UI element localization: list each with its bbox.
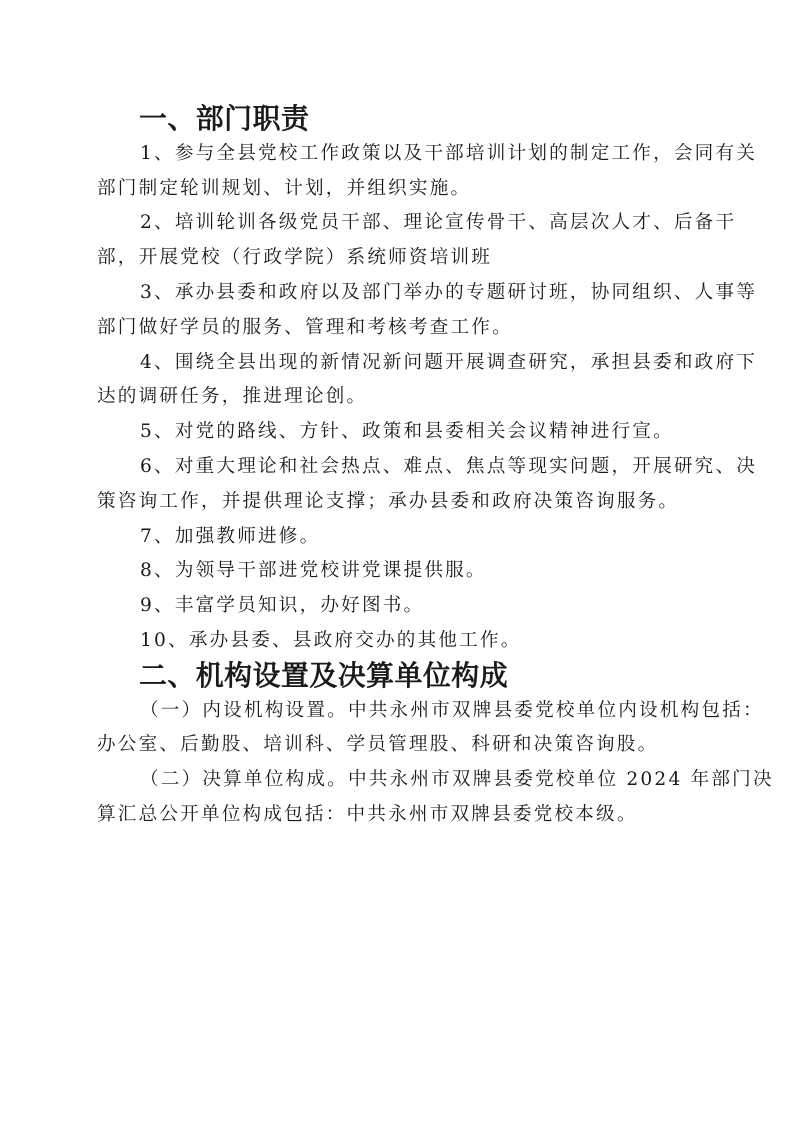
paragraph-line: 6、对重大理论和社会热点、难点、焦点等现实问题，开展研究、决	[97, 450, 699, 485]
paragraph-line: 3、承办县委和政府以及部门举办的专题研讨班，协同组织、人事等	[97, 276, 699, 311]
paragraph-line: 部，开展党校（行政学院）系统师资培训班	[97, 241, 699, 276]
paragraph-line: （二）决算单位构成。中共永州市双牌县委党校单位 2024 年部门决	[97, 763, 699, 798]
paragraph-line: 办公室、后勤股、培训科、学员管理股、科研和决策咨询股。	[97, 728, 699, 763]
duty-item-9: 9、丰富学员知识，办好图书。	[97, 589, 699, 624]
paragraph-line: 部门做好学员的服务、管理和考核考查工作。	[97, 311, 699, 346]
duty-item-3: 3、承办县委和政府以及部门举办的专题研讨班，协同组织、人事等 部门做好学员的服务…	[97, 276, 699, 346]
paragraph-line: 5、对党的路线、方针、政策和县委相关会议精神进行宣。	[97, 415, 699, 450]
duty-item-1: 1、参与全县党校工作政策以及干部培训计划的制定工作，会同有关 部门制定轮训规划、…	[97, 137, 699, 207]
paragraph-line: 4、围绕全县出现的新情况新问题开展调查研究，承担县委和政府下	[97, 346, 699, 381]
paragraph-line: 部门制定轮训规划、计划，并组织实施。	[97, 172, 699, 207]
paragraph-line: 10、承办县委、县政府交办的其他工作。	[97, 624, 699, 659]
duty-item-8: 8、为领导干部进党校讲党课提供服。	[97, 554, 699, 589]
accounting-unit-paragraph: （二）决算单位构成。中共永州市双牌县委党校单位 2024 年部门决 算汇总公开单…	[97, 763, 699, 833]
internal-structure-paragraph: （一）内设机构设置。中共永州市双牌县委党校单位内设机构包括： 办公室、后勤股、培…	[97, 694, 699, 764]
paragraph-line: 算汇总公开单位构成包括：中共永州市双牌县委党校本级。	[97, 798, 699, 833]
duty-item-6: 6、对重大理论和社会热点、难点、焦点等现实问题，开展研究、决 策咨询工作，并提供…	[97, 450, 699, 520]
duty-item-2: 2、培训轮训各级党员干部、理论宣传骨干、高层次人才、后备干 部，开展党校（行政学…	[97, 206, 699, 276]
paragraph-line: （一）内设机构设置。中共永州市双牌县委党校单位内设机构包括：	[97, 694, 699, 729]
paragraph-line: 1、参与全县党校工作政策以及干部培训计划的制定工作，会同有关	[97, 137, 699, 172]
paragraph-line: 达的调研任务，推进理论创。	[97, 380, 699, 415]
paragraph-line: 8、为领导干部进党校讲党课提供服。	[97, 554, 699, 589]
document-page: 一、部门职责 1、参与全县党校工作政策以及干部培训计划的制定工作，会同有关 部门…	[97, 102, 699, 833]
paragraph-line: 2、培训轮训各级党员干部、理论宣传骨干、高层次人才、后备干	[97, 206, 699, 241]
section-heading-structure: 二、机构设置及决算单位构成	[97, 659, 699, 694]
paragraph-line: 7、加强教师进修。	[97, 520, 699, 555]
duty-item-7: 7、加强教师进修。	[97, 520, 699, 555]
duty-item-5: 5、对党的路线、方针、政策和县委相关会议精神进行宣。	[97, 415, 699, 450]
paragraph-line: 策咨询工作，并提供理论支撑；承办县委和政府决策咨询服务。	[97, 485, 699, 520]
section-heading-duties: 一、部门职责	[97, 102, 699, 137]
duty-item-4: 4、围绕全县出现的新情况新问题开展调查研究，承担县委和政府下 达的调研任务，推进…	[97, 346, 699, 416]
duty-item-10: 10、承办县委、县政府交办的其他工作。	[97, 624, 699, 659]
paragraph-line: 9、丰富学员知识，办好图书。	[97, 589, 699, 624]
